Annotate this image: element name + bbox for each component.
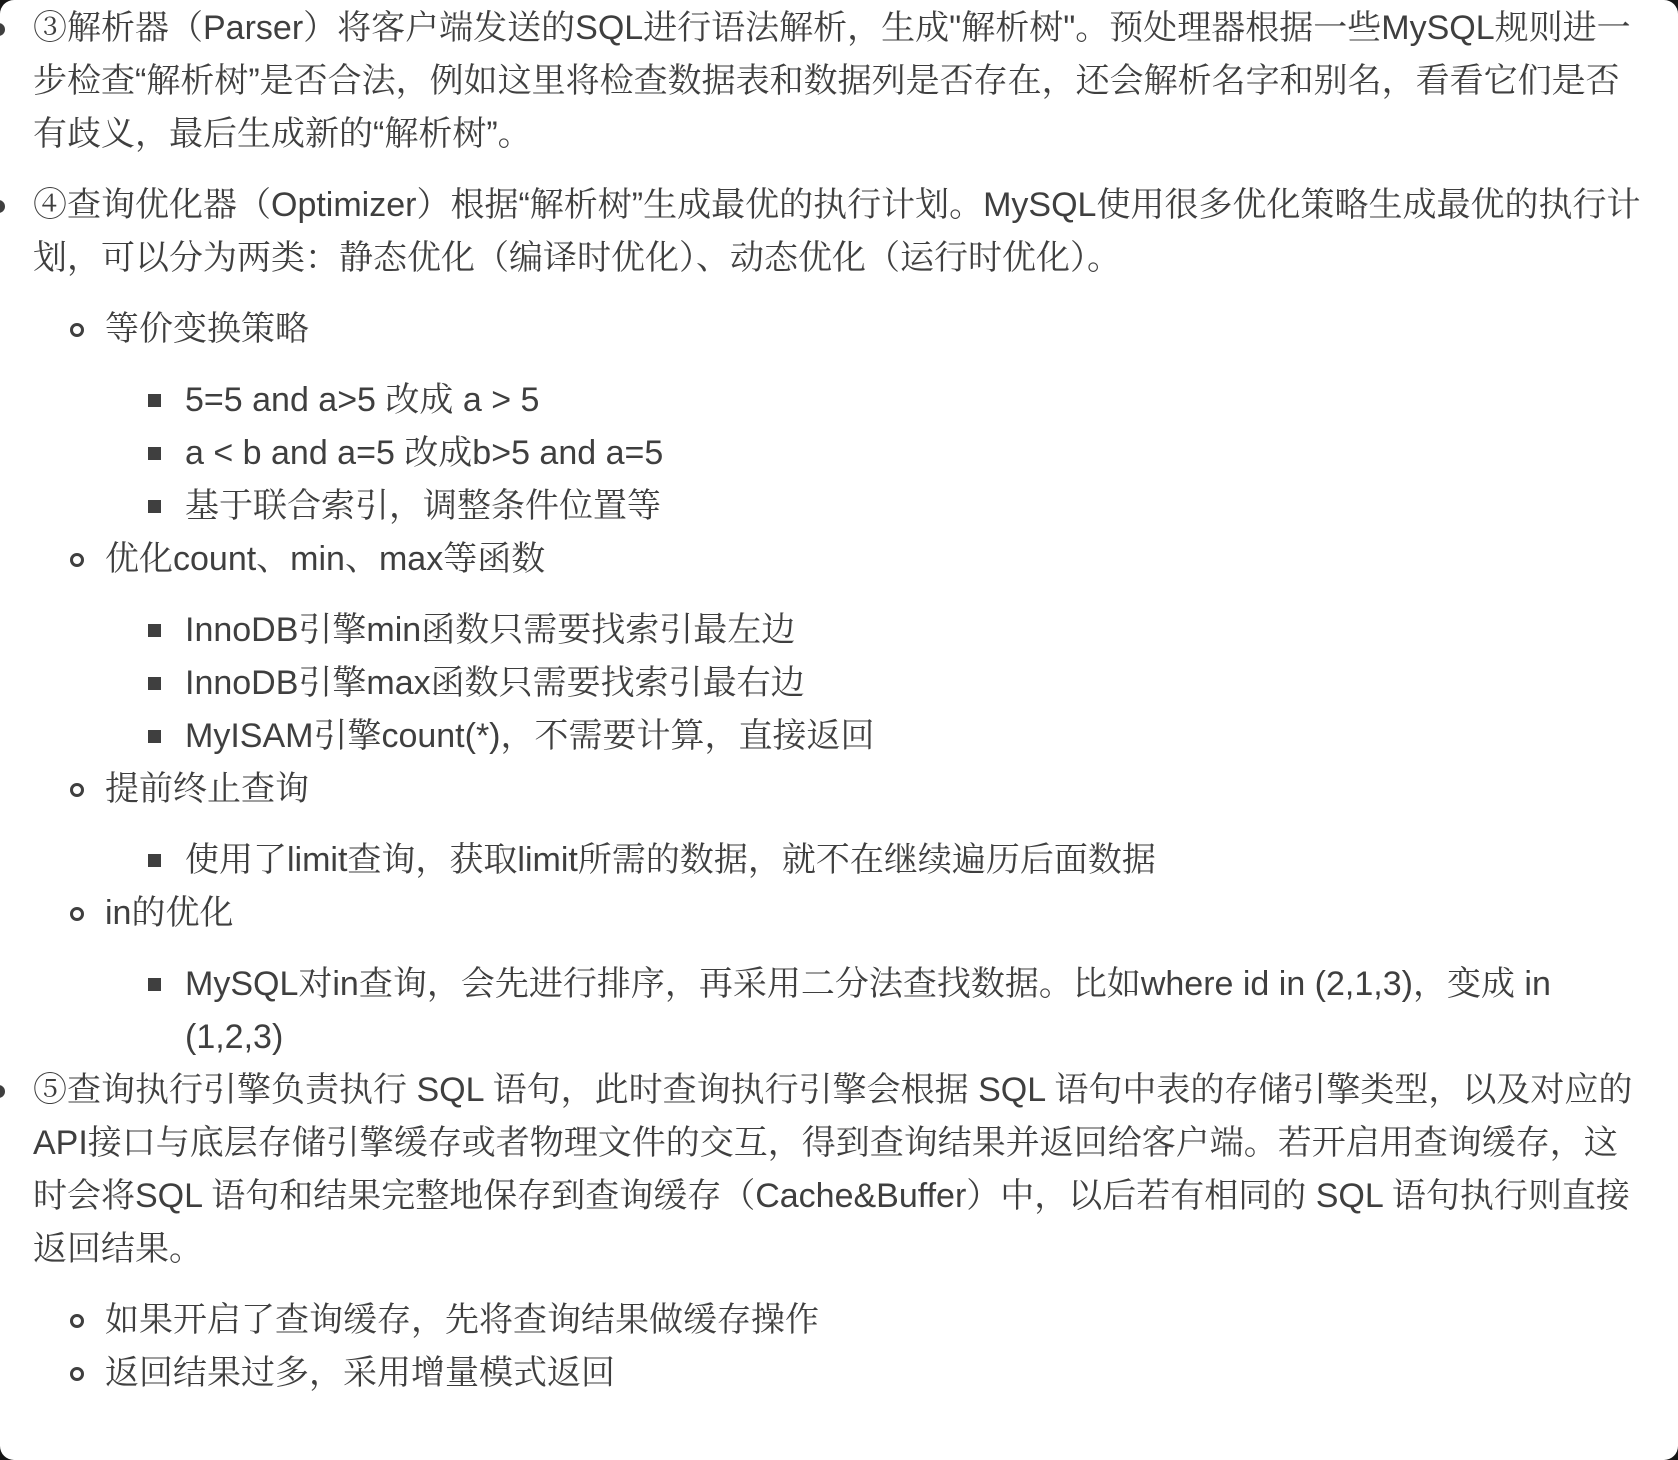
disc-bullet-icon xyxy=(0,23,5,36)
list-item: InnoDB引擎min函数只需要找索引最左边 xyxy=(185,604,1648,657)
paragraph-execution-engine: ⑤查询执行引擎负责执行 SQL 语句，此时查询执行引擎会根据 SQL 语句中表的… xyxy=(33,1064,1648,1276)
list-item: 提前终止查询 使用了limit查询，获取limit所需的数据，就不在继续遍历后面… xyxy=(105,763,1648,887)
sub-item-label: 等价变换策略 xyxy=(105,303,1648,356)
square-bullet-icon xyxy=(148,624,161,637)
list-item: 如果开启了查询缓存，先将查询结果做缓存操作 xyxy=(105,1294,1648,1347)
in-optimization-sublist: MySQL对in查询，会先进行排序，再采用二分法查找数据。比如where id … xyxy=(105,958,1648,1064)
sub-sub-item-label: MyISAM引擎count(*)，不需要计算，直接返回 xyxy=(185,717,875,755)
document-page: ③解析器（Parser）将客户端发送的SQL进行语法解析，生成"解析树"。预处理… xyxy=(0,0,1678,1460)
paragraph-parser: ③解析器（Parser）将客户端发送的SQL进行语法解析，生成"解析树"。预处理… xyxy=(33,2,1648,161)
sub-sub-item-label: InnoDB引擎min函数只需要找索引最左边 xyxy=(185,611,795,649)
list-item: ④查询优化器（Optimizer）根据“解析树”生成最优的执行计划。MySQL使… xyxy=(33,179,1648,1064)
list-item: MySQL对in查询，会先进行排序，再采用二分法查找数据。比如where id … xyxy=(185,958,1648,1064)
square-bullet-icon xyxy=(148,854,161,867)
list-item: 等价变换策略 5=5 and a>5 改成 a > 5 a < b and a=… xyxy=(105,303,1648,533)
sub-item-label: 如果开启了查询缓存，先将查询结果做缓存操作 xyxy=(105,1301,819,1339)
execution-sublist: 如果开启了查询缓存，先将查询结果做缓存操作 返回结果过多，采用增量模式返回 xyxy=(33,1294,1648,1400)
list-item: InnoDB引擎max函数只需要找索引最右边 xyxy=(185,657,1648,710)
list-item: a < b and a=5 改成b>5 and a=5 xyxy=(185,427,1648,480)
sub-item-label: in的优化 xyxy=(105,887,1648,940)
sub-sub-item-label: MySQL对in查询，会先进行排序，再采用二分法查找数据。比如where id … xyxy=(185,965,1551,1056)
circle-bullet-icon xyxy=(70,783,84,797)
list-item: 基于联合索引，调整条件位置等 xyxy=(185,480,1648,533)
square-bullet-icon xyxy=(148,677,161,690)
square-bullet-icon xyxy=(148,500,161,513)
list-item: ⑤查询执行引擎负责执行 SQL 语句，此时查询执行引擎会根据 SQL 语句中表的… xyxy=(33,1064,1648,1400)
disc-bullet-icon xyxy=(0,1085,5,1098)
disc-bullet-icon xyxy=(0,200,5,213)
functions-sublist: InnoDB引擎min函数只需要找索引最左边 InnoDB引擎max函数只需要找… xyxy=(105,604,1648,763)
sub-sub-item-label: InnoDB引擎max函数只需要找索引最右边 xyxy=(185,664,805,702)
square-bullet-icon xyxy=(148,447,161,460)
square-bullet-icon xyxy=(148,978,161,991)
sub-item-label: 返回结果过多，采用增量模式返回 xyxy=(105,1354,615,1392)
sub-sub-item-label: 基于联合索引，调整条件位置等 xyxy=(185,487,661,525)
early-termination-sublist: 使用了limit查询，获取limit所需的数据，就不在继续遍历后面数据 xyxy=(105,834,1648,887)
circle-bullet-icon xyxy=(70,1367,84,1381)
list-item: 返回结果过多，采用增量模式返回 xyxy=(105,1347,1648,1400)
list-item: in的优化 MySQL对in查询，会先进行排序，再采用二分法查找数据。比如whe… xyxy=(105,887,1648,1064)
optimizer-sublist: 等价变换策略 5=5 and a>5 改成 a > 5 a < b and a=… xyxy=(33,303,1648,1064)
square-bullet-icon xyxy=(148,730,161,743)
list-item: 使用了limit查询，获取limit所需的数据，就不在继续遍历后面数据 xyxy=(185,834,1648,887)
circle-bullet-icon xyxy=(70,323,84,337)
circle-bullet-icon xyxy=(70,1314,84,1328)
sub-sub-item-label: 使用了limit查询，获取limit所需的数据，就不在继续遍历后面数据 xyxy=(185,841,1156,879)
sub-sub-item-label: 5=5 and a>5 改成 a > 5 xyxy=(185,381,539,419)
sub-item-label: 提前终止查询 xyxy=(105,763,1648,816)
square-bullet-icon xyxy=(148,394,161,407)
top-level-list: ③解析器（Parser）将客户端发送的SQL进行语法解析，生成"解析树"。预处理… xyxy=(0,0,1678,1400)
list-item: 5=5 and a>5 改成 a > 5 xyxy=(185,374,1648,427)
equivalence-sublist: 5=5 and a>5 改成 a > 5 a < b and a=5 改成b>5… xyxy=(105,374,1648,533)
sub-sub-item-label: a < b and a=5 改成b>5 and a=5 xyxy=(185,434,663,472)
paragraph-optimizer: ④查询优化器（Optimizer）根据“解析树”生成最优的执行计划。MySQL使… xyxy=(33,179,1648,285)
sub-item-label: 优化count、min、max等函数 xyxy=(105,533,1648,586)
circle-bullet-icon xyxy=(70,907,84,921)
list-item: ③解析器（Parser）将客户端发送的SQL进行语法解析，生成"解析树"。预处理… xyxy=(33,2,1648,161)
list-item: MyISAM引擎count(*)，不需要计算，直接返回 xyxy=(185,710,1648,763)
circle-bullet-icon xyxy=(70,553,84,567)
list-item: 优化count、min、max等函数 InnoDB引擎min函数只需要找索引最左… xyxy=(105,533,1648,763)
